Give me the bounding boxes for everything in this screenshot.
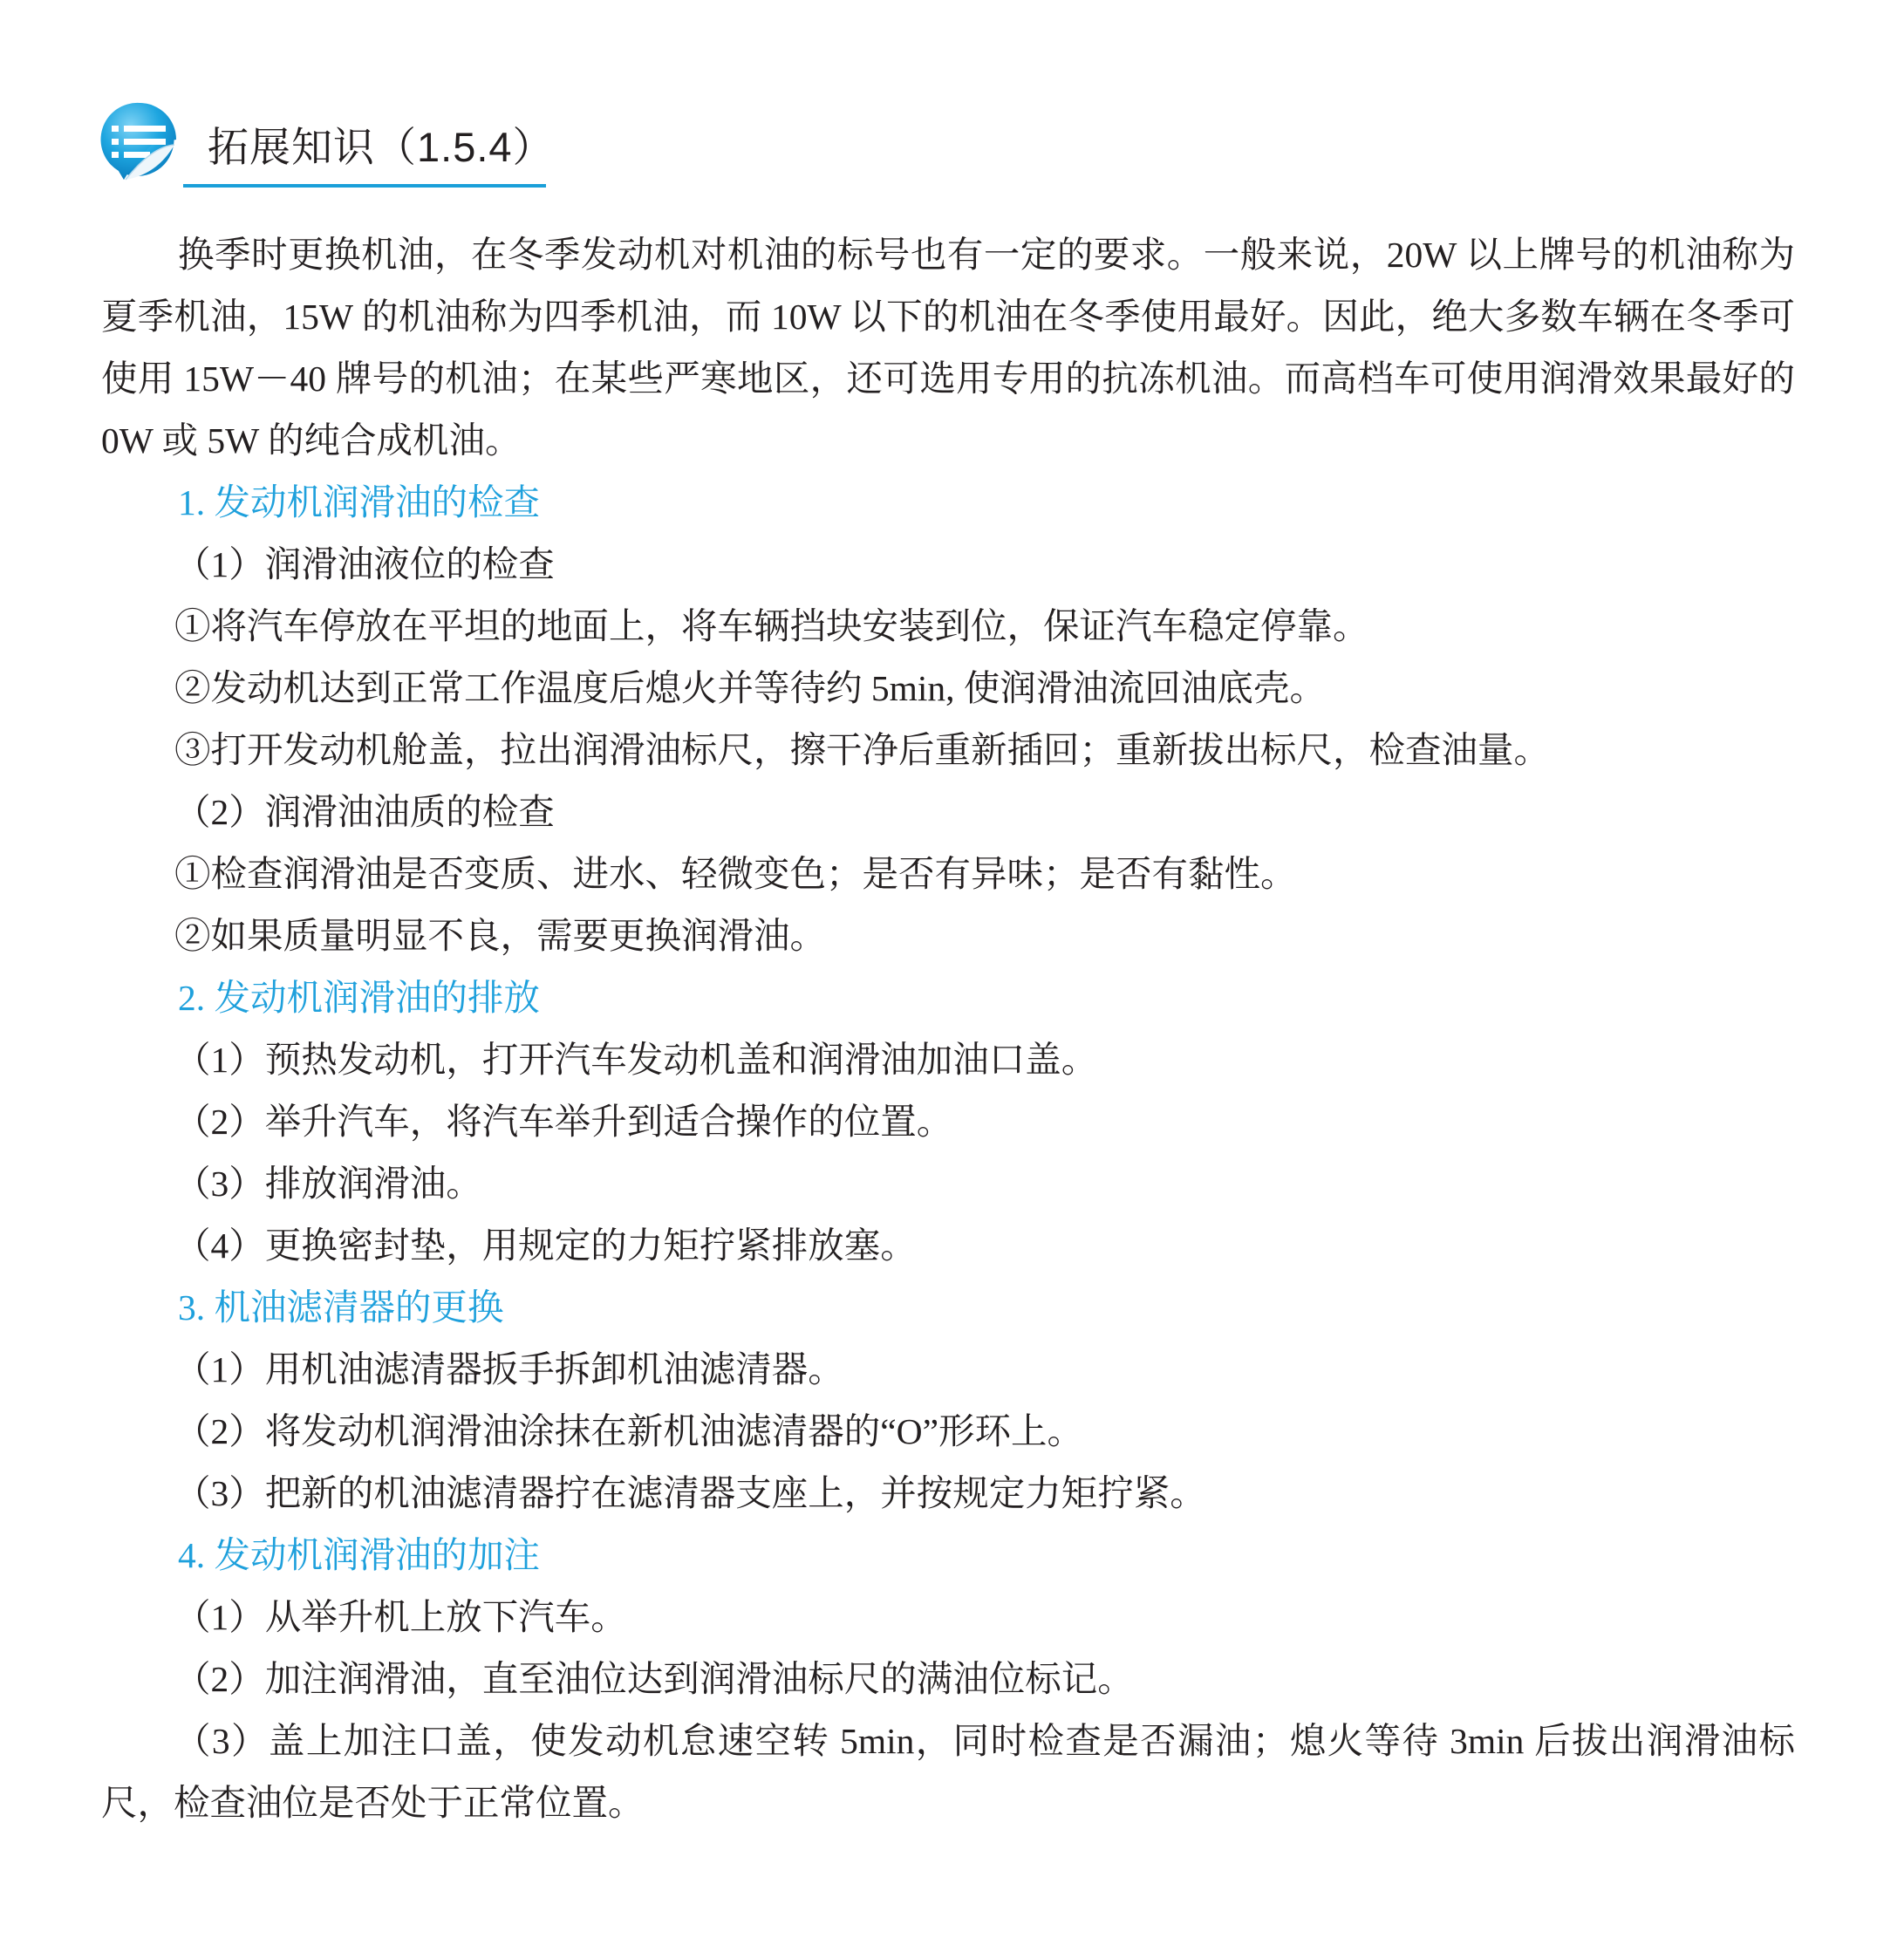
section-heading-check: 1. 发动机润滑油的检查 bbox=[101, 472, 1795, 534]
list-item: （1）从举升机上放下汽车。 bbox=[101, 1587, 1795, 1648]
list-item: ②发动机达到正常工作温度后熄火并等待约 5min, 使润滑油流回油底壳。 bbox=[101, 658, 1795, 720]
list-item: （2）举升汽车，将汽车举升到适合操作的位置。 bbox=[101, 1091, 1795, 1153]
section-heading-filter: 3. 机油滤清器的更换 bbox=[101, 1277, 1795, 1339]
list-item: ①将汽车停放在平坦的地面上，将车辆挡块安装到位，保证汽车稳定停靠。 bbox=[101, 596, 1795, 658]
list-item-paragraph: （3）盖上加注口盖，使发动机怠速空转 5min，同时检查是否漏油；熄火等待 3m… bbox=[101, 1710, 1795, 1834]
list-item: （1）润滑油液位的检查 bbox=[101, 534, 1795, 596]
section-title: 拓展知识（1.5.4） bbox=[208, 115, 555, 174]
list-bubble-icon bbox=[99, 101, 180, 181]
title-underline bbox=[183, 184, 546, 188]
list-item: （1）用机油滤清器扳手拆卸机油滤清器。 bbox=[101, 1339, 1795, 1401]
list-item: （3）把新的机油滤清器拧在滤清器支座上，并按规定力矩拧紧。 bbox=[101, 1463, 1795, 1525]
document-page: 拓展知识（1.5.4） 换季时更换机油，在冬季发动机对机油的标号也有一定的要求。… bbox=[0, 0, 1904, 1959]
list-item: （3）排放润滑油。 bbox=[101, 1153, 1795, 1215]
list-item: （1）预热发动机，打开汽车发动机盖和润滑油加油口盖。 bbox=[101, 1029, 1795, 1091]
section-heading-drain: 2. 发动机润滑油的排放 bbox=[101, 967, 1795, 1029]
list-item: （2）润滑油油质的检查 bbox=[101, 782, 1795, 843]
section-heading-refill: 4. 发动机润滑油的加注 bbox=[101, 1525, 1795, 1587]
document-body: 换季时更换机油，在冬季发动机对机油的标号也有一定的要求。一般来说，20W 以上牌… bbox=[101, 224, 1795, 1834]
intro-paragraph: 换季时更换机油，在冬季发动机对机油的标号也有一定的要求。一般来说，20W 以上牌… bbox=[101, 224, 1795, 472]
list-item: （2）将发动机润滑油涂抹在新机油滤清器的“O”形环上。 bbox=[101, 1401, 1795, 1463]
list-item: ①检查润滑油是否变质、进水、轻微变色；是否有异味；是否有黏性。 bbox=[101, 843, 1795, 905]
list-item: ③打开发动机舱盖，拉出润滑油标尺，擦干净后重新插回；重新拔出标尺，检查油量。 bbox=[101, 720, 1795, 782]
section-header: 拓展知识（1.5.4） bbox=[98, 98, 621, 194]
list-item: ②如果质量明显不良，需要更换润滑油。 bbox=[101, 905, 1795, 967]
list-item: （2）加注润滑油，直至油位达到润滑油标尺的满油位标记。 bbox=[101, 1648, 1795, 1710]
list-item: （4）更换密封垫，用规定的力矩拧紧排放塞。 bbox=[101, 1215, 1795, 1277]
